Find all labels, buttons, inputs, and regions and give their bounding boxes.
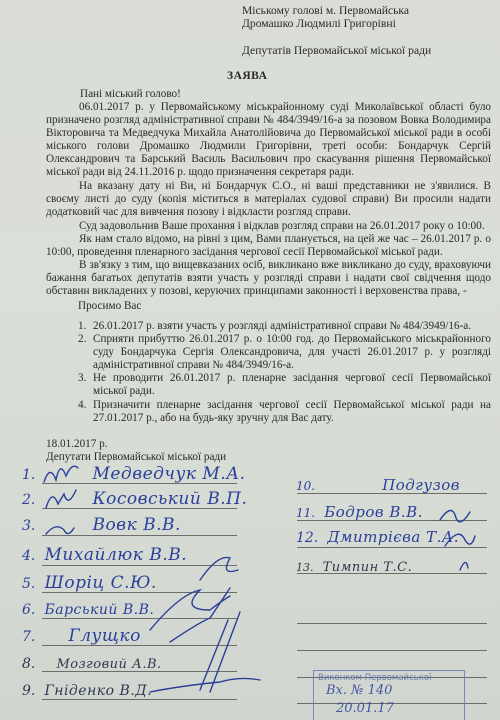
request-heading: Просимо Вас xyxy=(78,300,141,313)
signature-line xyxy=(297,547,487,548)
signature-entry: 2. Косовський В.П. xyxy=(22,489,247,509)
signature-entry: 11. Бодров В.В. xyxy=(296,502,423,521)
signature-entry: 6. Барський В.В. xyxy=(22,599,154,618)
addressee-line-2: Дромашко Людмилі Григорівні xyxy=(242,17,396,30)
registration-stamp: Виконком Первомайської Вх. № 140 20.01.1… xyxy=(313,670,465,720)
signature-line xyxy=(297,623,487,624)
document-date: 18.01.2017 р. xyxy=(46,438,108,451)
paragraph-3: Суд задовольнив Ваше прохання і відклав … xyxy=(46,220,491,233)
request-item: 2.Сприяти прибуттю 26.01.2017 р. о 10:00… xyxy=(78,333,491,372)
paragraph-2: На вказану дату ні Ви, ні Бондарчук С.О.… xyxy=(46,180,491,219)
request-item: 3.Не проводити 26.01.2017 р. пленарне за… xyxy=(78,372,491,398)
paragraph-4: Як нам стало відомо, на рівні з цим, Вам… xyxy=(46,233,491,259)
signature-entry: 8. Мозговий А.В. xyxy=(22,653,162,672)
signature-entry: 5. Шоріц С.Ю. xyxy=(22,573,157,593)
signatories-heading: Депутати Первомайської міської ради xyxy=(46,451,226,464)
request-list: 1.26.01.2017 р. взяти участь у розгляді … xyxy=(78,320,491,425)
request-item: 1.26.01.2017 р. взяти участь у розгляді … xyxy=(78,320,491,333)
scanned-document: Міському голові м. Первомайська Дромашко… xyxy=(0,0,500,720)
signature-entry: 10. Подгузов xyxy=(296,475,460,494)
signature-entry: 7. Глущко xyxy=(22,626,141,646)
signature-entry: 3. Вовк В.В. xyxy=(22,515,181,535)
addressee-line-1: Міському голові м. Первомайська xyxy=(242,4,409,17)
signature-line xyxy=(297,650,487,651)
sender-line: Депутатів Первомайської міської ради xyxy=(242,44,431,57)
signature-entry: 13. Тимпин Т.С. xyxy=(296,556,412,575)
document-title: ЗАЯВА xyxy=(227,70,267,82)
signature-line xyxy=(42,618,237,619)
paragraph-1: 06.01.2017 р. у Первомайському міськрайо… xyxy=(46,101,491,180)
signature-entry: 12. Дмитрієва Т.А. xyxy=(296,527,459,546)
signature-entry: 1. Медведчук М.А. xyxy=(22,464,246,484)
signature-line xyxy=(42,565,237,566)
request-item: 4.Призначити пленарне засідання чергової… xyxy=(78,399,491,425)
signature-line xyxy=(42,699,237,700)
signature-line xyxy=(42,535,237,536)
paragraph-5: В зв'язку з тим, що вищевказаних осіб, в… xyxy=(46,259,491,298)
signature-entry: 4. Михайлюк В.В. xyxy=(22,545,187,565)
signature-entry: 9. Гніденко В.Д. xyxy=(22,680,152,699)
salutation: Пані міський голово! xyxy=(80,88,181,101)
